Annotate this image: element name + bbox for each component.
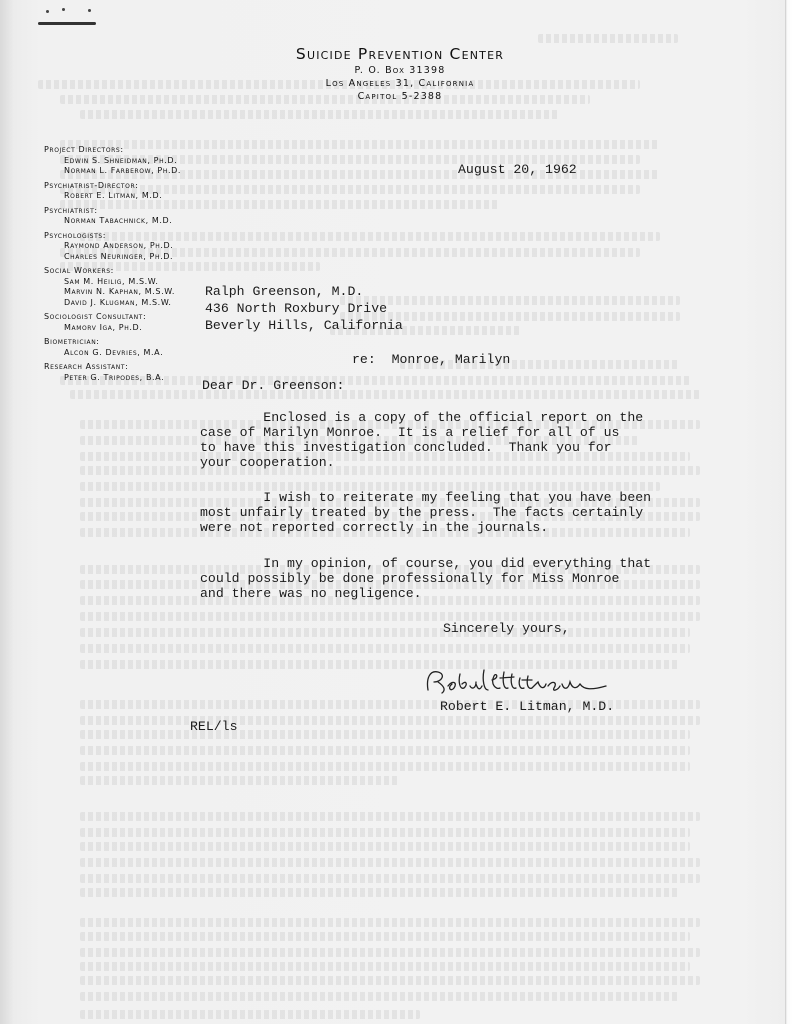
po-box: P. O. Box 31398 xyxy=(230,64,570,77)
staff-name: Alcon G. Devries, M.A. xyxy=(44,348,214,359)
staff-heading: Psychiatrist: xyxy=(44,206,214,217)
staff-name: Raymond Anderson, Ph.D. xyxy=(44,241,214,252)
ghost-text-line xyxy=(80,746,690,755)
ghost-text-line xyxy=(80,730,690,739)
staff-name: David J. Klugman, M.S.W. xyxy=(44,298,214,309)
ghost-text-line xyxy=(80,776,400,785)
closing: Sincerely yours, xyxy=(443,621,570,636)
ghost-text-line xyxy=(80,888,680,897)
subject-line: re: Monroe, Marilyn xyxy=(352,352,510,367)
ghost-text-line xyxy=(80,874,700,883)
signer-name: Robert E. Litman, M.D. xyxy=(440,699,614,714)
staff-group: Sociologist Consultant:Mamorv Iga, Ph.D. xyxy=(44,312,214,333)
staff-name: Edwin S. Shneidman, Ph.D. xyxy=(44,156,214,167)
staff-group: Social Workers:Sam M. Heilig, M.S.W.Marv… xyxy=(44,266,214,308)
staff-name: Peter G. Tripodes, B.A. xyxy=(44,373,214,384)
ghost-text-line xyxy=(80,932,690,941)
staff-heading: Research Assistant: xyxy=(44,362,214,373)
staff-heading: Psychiatrist-Director: xyxy=(44,181,214,192)
staff-heading: Project Directors: xyxy=(44,145,214,156)
city-line: Los Angeles 31, California xyxy=(230,77,570,90)
speck-icon xyxy=(62,8,65,11)
ghost-text-line xyxy=(80,110,560,119)
ghost-text-line xyxy=(80,828,690,837)
ghost-text-line xyxy=(70,390,700,399)
recipient-street: 436 North Roxbury Drive xyxy=(205,300,403,317)
staff-name: Norman L. Farberow, Ph.D. xyxy=(44,166,214,177)
staff-heading: Biometrician: xyxy=(44,337,214,348)
staff-group: Psychiatrist-Director:Robert E. Litman, … xyxy=(44,181,214,202)
page-edge xyxy=(785,0,792,1024)
typist-initials: REL/ls xyxy=(190,719,237,734)
staff-heading: Social Workers: xyxy=(44,266,214,277)
paragraph-2: I wish to reiterate my feeling that you … xyxy=(200,490,651,535)
staff-directory: Project Directors:Edwin S. Shneidman, Ph… xyxy=(44,145,214,387)
staple-mark-icon xyxy=(38,22,96,25)
ghost-text-line xyxy=(80,628,690,637)
letterhead: Suicide Prevention Center P. O. Box 3139… xyxy=(230,45,570,103)
ghost-text-line xyxy=(80,962,690,971)
ghost-text-line xyxy=(80,976,700,985)
ghost-text-line xyxy=(80,858,700,867)
ghost-text-line xyxy=(80,716,700,725)
salutation: Dear Dr. Greenson: xyxy=(202,378,344,393)
phone-number: Capitol 5-2388 xyxy=(230,90,570,103)
paragraph-1: Enclosed is a copy of the official repor… xyxy=(200,410,643,470)
staff-name: Mamorv Iga, Ph.D. xyxy=(44,323,214,334)
staff-group: Psychologists:Raymond Anderson, Ph.D.Cha… xyxy=(44,231,214,263)
signature-icon xyxy=(420,660,620,700)
staff-group: Biometrician:Alcon G. Devries, M.A. xyxy=(44,337,214,358)
speck-icon xyxy=(46,10,49,13)
staff-name: Marvin N. Kaphan, M.S.W. xyxy=(44,287,214,298)
staff-group: Psychiatrist:Norman Tabachnick, M.D. xyxy=(44,206,214,227)
staff-name: Sam M. Heilig, M.S.W. xyxy=(44,277,214,288)
letter-date: August 20, 1962 xyxy=(458,162,577,177)
ghost-text-line xyxy=(80,812,700,821)
organization-name: Suicide Prevention Center xyxy=(230,45,570,63)
ghost-text-line xyxy=(538,34,678,43)
staff-heading: Sociologist Consultant: xyxy=(44,312,214,323)
staff-name: Charles Neuringer, Ph.D. xyxy=(44,252,214,263)
staff-group: Project Directors:Edwin S. Shneidman, Ph… xyxy=(44,145,214,177)
ghost-text-line xyxy=(80,842,690,851)
staff-name: Robert E. Litman, M.D. xyxy=(44,191,214,202)
staff-group: Research Assistant:Peter G. Tripodes, B.… xyxy=(44,362,214,383)
letter-page: Suicide Prevention Center P. O. Box 3139… xyxy=(0,0,786,1024)
ghost-text-line xyxy=(80,918,700,927)
staff-heading: Psychologists: xyxy=(44,231,214,242)
speck-icon xyxy=(88,9,91,12)
ghost-text-line xyxy=(80,948,700,957)
paragraph-3: In my opinion, of course, you did everyt… xyxy=(200,556,651,601)
ghost-text-line xyxy=(80,644,690,653)
ghost-text-line xyxy=(80,1010,420,1019)
staff-name: Norman Tabachnick, M.D. xyxy=(44,216,214,227)
ghost-text-line xyxy=(80,762,690,771)
ghost-text-line xyxy=(80,992,680,1001)
recipient-city: Beverly Hills, California xyxy=(205,317,403,334)
recipient-name: Ralph Greenson, M.D. xyxy=(205,283,403,300)
recipient-address: Ralph Greenson, M.D.436 North Roxbury Dr… xyxy=(205,283,403,334)
ghost-text-line xyxy=(80,612,700,621)
